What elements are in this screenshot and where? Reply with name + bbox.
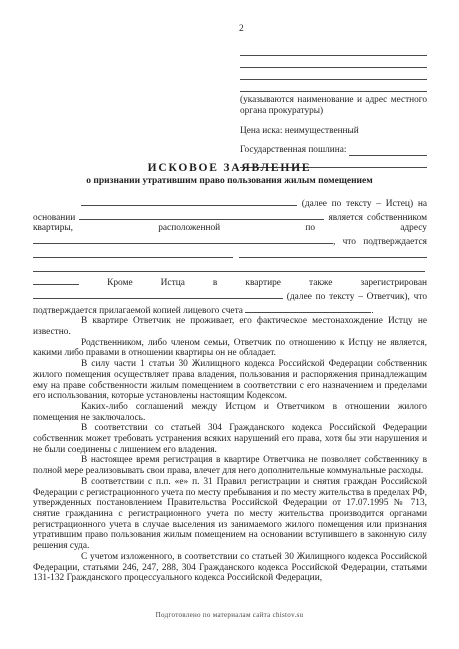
paragraph-text: .: [371, 306, 373, 316]
document-title: ИСКОВОЕ ЗАЯВЛЕНИЕ: [0, 162, 459, 174]
blank-fill-in-field: [81, 196, 297, 206]
paragraph-intro-and-defendant: (далее по тексту – Истец) на основании я…: [33, 196, 427, 316]
paragraph-text: В силу части 1 статьи 30 Жилищного кодек…: [33, 359, 427, 401]
state-fee-blank-field: [349, 155, 427, 156]
recipient-blank-line: [240, 44, 427, 56]
paragraph-no-agreements: Каких-либо соглашений между Истцом и Отв…: [33, 402, 427, 423]
blank-fill-in-field: [33, 234, 333, 244]
recipient-caption: (указываются наименование и адрес местно…: [240, 95, 427, 117]
recipient-block: (указываются наименование и адрес местно…: [240, 44, 427, 168]
blank-fill-in-field: [245, 303, 371, 313]
paragraph-not-relative: Родственником, либо членом семьи, Ответч…: [33, 338, 427, 359]
paragraph-civil-code-article-304: В соответствии со статьей 304 Гражданско…: [33, 423, 427, 455]
document-page: 2 (указываются наименование и адрес мест…: [0, 0, 459, 649]
claim-price-label: Цена иска:: [240, 126, 282, 136]
paragraph-text: В квартире Ответчик не проживает, его фа…: [33, 316, 427, 337]
recipient-blank-line: [240, 68, 427, 80]
blank-fill-in-field: [33, 262, 425, 272]
paragraph-text: Каких-либо соглашений между Истцом и Отв…: [33, 402, 427, 423]
document-body: (далее по тексту – Истец) на основании я…: [33, 196, 427, 584]
paragraph-housing-code-article-30: В силу части 1 статьи 30 Жилищного кодек…: [33, 359, 427, 402]
paragraph-current-registration-burden: В настоящее время регистрация в квартире…: [33, 455, 427, 476]
document-subtitle: о признании утратившим право пользования…: [0, 176, 459, 186]
paragraph-text: , что подтверждается: [333, 237, 427, 247]
paragraph-text: В настоящее время регистрация в квартире…: [33, 455, 427, 476]
paragraph-conclusion: С учетом изложенного, в соответствии со …: [33, 552, 427, 584]
state-fee-line: Государственная пошлина:: [240, 145, 427, 156]
blank-fill-in-field: [33, 289, 283, 299]
paragraph-text: Кроме Истца в квартире также зарегистрир…: [107, 278, 427, 288]
blank-fill-in-field: [79, 210, 324, 220]
footer-note: Подготовлено по материалам сайта chistov…: [0, 611, 459, 619]
claim-price-value: неимущественный: [285, 126, 359, 136]
recipient-blank-line: [240, 56, 427, 68]
paragraph-defendant-not-residing: В квартире Ответчик не проживает, его фа…: [33, 316, 427, 337]
page-number: 2: [239, 24, 244, 34]
paragraph-registration-rules: В соответствии с п.п. «е» п. 31 Правил р…: [33, 477, 427, 552]
paragraph-text: В соответствии с п.п. «е» п. 31 Правил р…: [33, 477, 427, 551]
blank-fill-in-field: [33, 248, 233, 258]
paragraph-text: Родственником, либо членом семьи, Ответч…: [33, 338, 427, 359]
paragraph-text: С учетом изложенного, в соответствии со …: [33, 552, 427, 583]
claim-price-line: Цена иска: неимущественный: [240, 126, 427, 137]
blank-fill-in-field: [239, 248, 427, 258]
state-fee-label: Государственная пошлина:: [240, 145, 346, 156]
recipient-blank-line: [240, 80, 427, 92]
blank-fill-in-field: [33, 275, 79, 285]
recipient-blank-lines: [240, 44, 427, 92]
paragraph-text: В соответствии со статьей 304 Гражданско…: [33, 423, 427, 454]
